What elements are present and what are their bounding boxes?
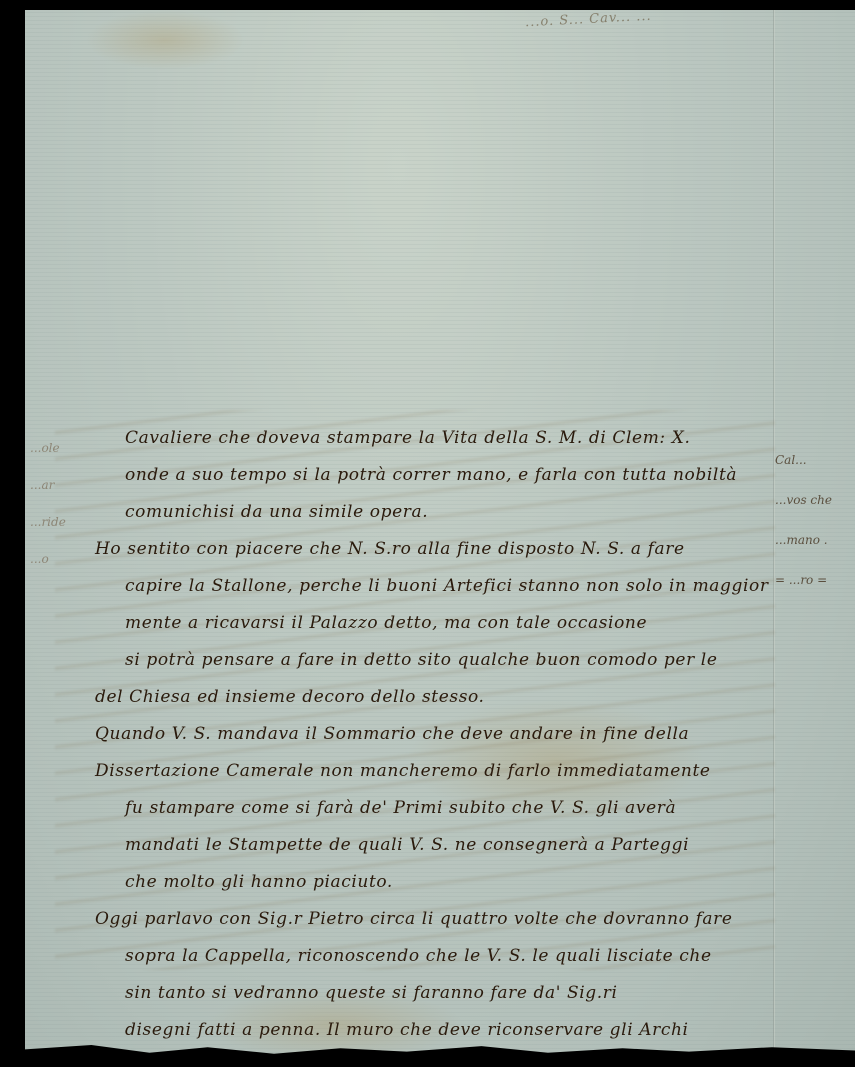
docket-note: ...o. S... Cav... ... — [525, 9, 652, 31]
text-line: mandati le Stampette de quali V. S. ne c… — [95, 827, 775, 864]
text-line: del Chiesa ed insieme decoro dello stess… — [95, 679, 775, 716]
margin-fragment: ...ole — [30, 430, 100, 467]
left-margin-fragments: ...ole ...ar ...ride ...o — [30, 430, 100, 578]
margin-fragment: ...ride — [30, 504, 100, 541]
text-line: sopra la Cappella, riconoscendo che le V… — [95, 938, 775, 975]
strip-fragment: ...vos che — [775, 480, 855, 520]
strip-fragment: Cal... — [775, 440, 855, 480]
text-line: Ho sentito con piacere che N. S.ro alla … — [95, 531, 775, 568]
text-line: disegni fatti a penna. Il muro che deve … — [95, 1012, 775, 1049]
text-line: Quando V. S. mandava il Sommario che dev… — [95, 716, 775, 753]
text-line: che molto gli hanno piaciuto. — [95, 864, 775, 901]
text-line: mente a ricavarsi il Palazzo detto, ma c… — [95, 605, 775, 642]
text-line: sin tanto si vedranno queste si faranno … — [95, 975, 775, 1012]
text-line: capire la Stallone, perche li buoni Arte… — [95, 568, 775, 605]
text-line: Cavaliere che doveva stampare la Vita de… — [95, 420, 775, 457]
text-line: comunichisi da una simile opera. — [95, 494, 775, 531]
text-line: onde a suo tempo si la potrà correr mano… — [95, 457, 775, 494]
text-line: si potrà pensare a fare in detto sito qu… — [95, 642, 775, 679]
letter-body: Cavaliere che doveva stampare la Vita de… — [95, 420, 775, 1049]
strip-fragment: ...mano . — [775, 520, 855, 560]
text-line: Dissertazione Camerale non mancheremo di… — [95, 753, 775, 790]
margin-fragment: ...ar — [30, 467, 100, 504]
margin-fragment: ...o — [30, 541, 100, 578]
text-line: Oggi parlavo con Sig.r Pietro circa li q… — [95, 901, 775, 938]
paper-stain — [85, 10, 245, 70]
text-line: fu stampare come si farà de' Primi subit… — [95, 790, 775, 827]
adjacent-page-fragments: Cal... ...vos che ...mano . = ...ro = — [775, 440, 855, 600]
strip-fragment: = ...ro = — [775, 560, 855, 600]
